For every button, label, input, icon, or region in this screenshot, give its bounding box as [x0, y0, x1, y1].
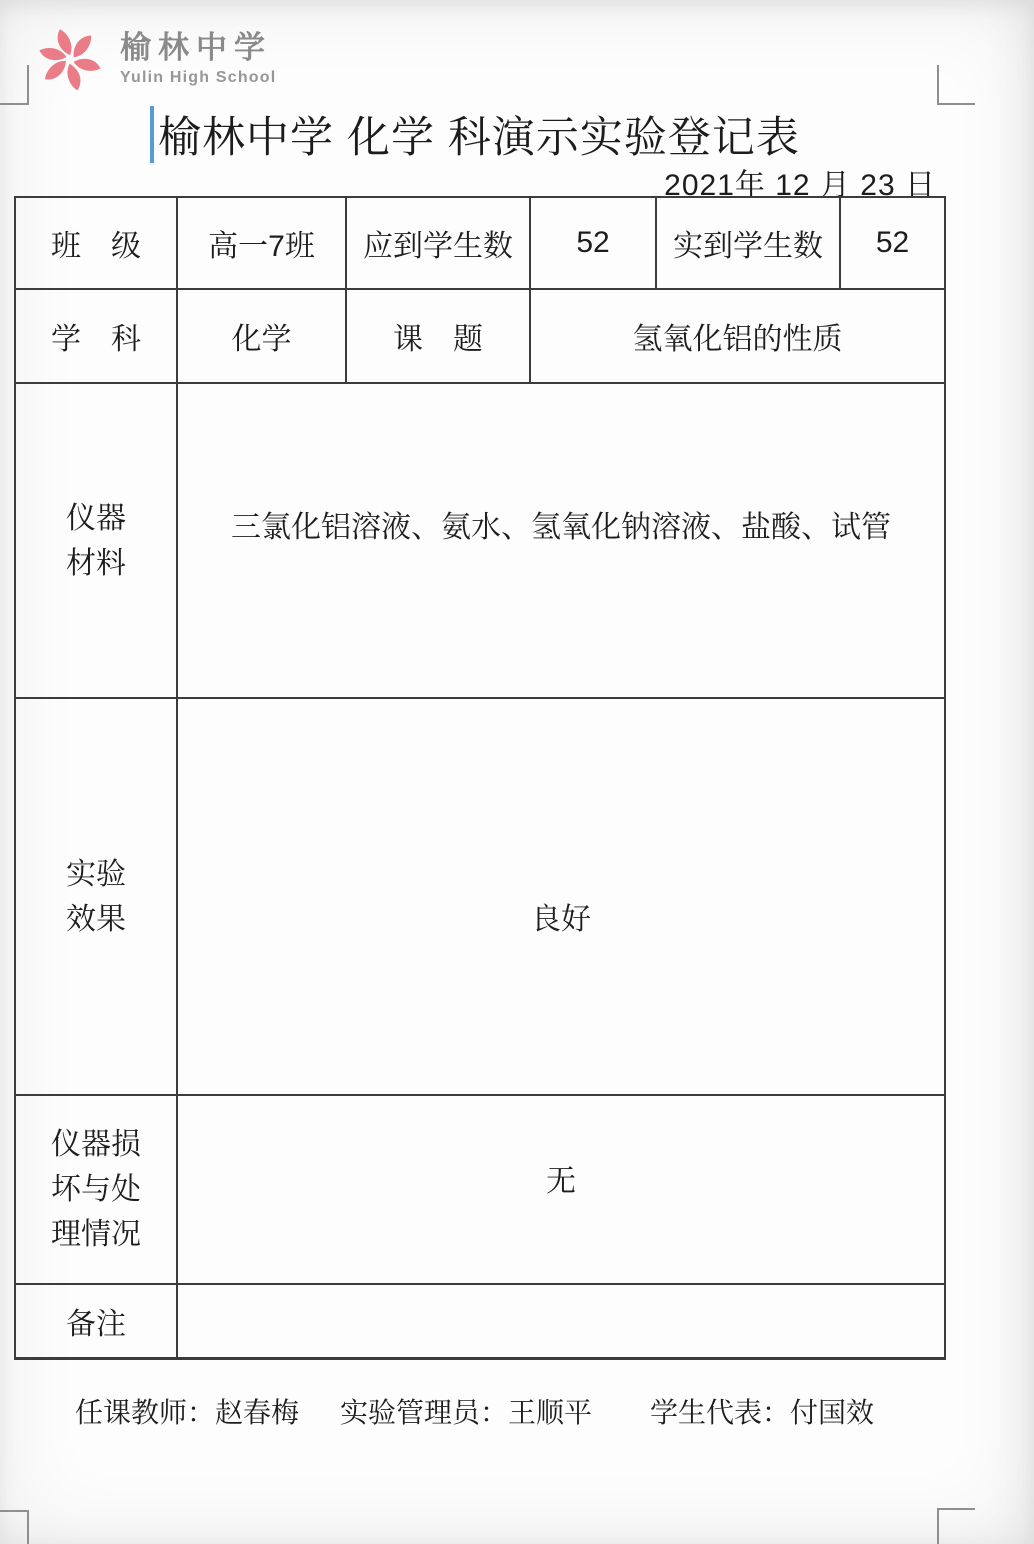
text-cursor: [150, 106, 154, 163]
page-title[interactable]: 榆林中学 化学 科演示实验登记表: [158, 104, 800, 165]
table-row: 班 级 高一7班 应到学生数 52 实到学生数 52: [15, 197, 945, 289]
effect-label-cell: 实验 效果: [15, 698, 177, 1095]
materials-value-cell: 三氯化铝溶液、氨水、氢氧化钠溶液、盐酸、试管: [177, 383, 945, 698]
subject-value-cell: 化学: [177, 289, 346, 383]
effect-value-cell: 良好: [177, 698, 945, 1095]
expected-value-cell: 52: [530, 197, 656, 289]
damage-value-cell: 无: [177, 1095, 945, 1284]
crop-mark-top-right-icon: [937, 65, 975, 105]
table-row: 仪器损 坏与处 理情况 无: [15, 1095, 945, 1284]
expected-label-cell: 应到学生数: [346, 197, 530, 289]
logo-school-name-en: Yulin High School: [120, 69, 276, 87]
topic-value-cell: 氢氧化铝的性质: [530, 289, 945, 383]
logo-school-name-cn: 榆林中学: [120, 32, 276, 63]
student-representative-signature: 学生代表：付国效: [650, 1391, 874, 1431]
flower-logo-icon: [30, 22, 110, 94]
subject-label-cell: 学 科: [15, 289, 177, 383]
actual-label-cell: 实到学生数: [656, 197, 840, 289]
school-logo: 榆林中学 Yulin High School: [30, 22, 276, 94]
remarks-label-cell: 备注: [15, 1284, 177, 1358]
teacher-signature: 任课教师：赵春梅: [75, 1391, 299, 1431]
table-row: 仪器 材料 三氯化铝溶液、氨水、氢氧化钠溶液、盐酸、试管: [15, 383, 945, 698]
table-row: 实验 效果 良好: [15, 698, 945, 1095]
title-row: 榆林中学 化学 科演示实验登记表: [150, 104, 800, 165]
actual-value-cell: 52: [840, 197, 945, 289]
document-page: 榆林中学 Yulin High School 榆林中学 化学 科演示实验登记表 …: [0, 0, 1034, 1544]
registration-table: 班 级 高一7班 应到学生数 52 实到学生数 52 学 科 化学 课 题 氢氧…: [14, 196, 946, 1360]
class-value-cell: 高一7班: [177, 197, 346, 289]
table-row: 学 科 化学 课 题 氢氧化铝的性质: [15, 289, 945, 383]
materials-label-cell: 仪器 材料: [15, 383, 177, 698]
table-row: 备注: [15, 1284, 945, 1358]
damage-label-cell: 仪器损 坏与处 理情况: [15, 1095, 177, 1284]
crop-mark-top-left-icon: [0, 65, 29, 105]
crop-mark-bottom-left-icon: [0, 1510, 29, 1544]
remarks-value-cell: [177, 1284, 945, 1358]
topic-label-cell: 课 题: [346, 289, 530, 383]
class-label-cell: 班 级: [15, 197, 177, 289]
lab-manager-signature: 实验管理员：王顺平: [340, 1391, 592, 1431]
crop-mark-bottom-right-icon: [937, 1508, 975, 1544]
